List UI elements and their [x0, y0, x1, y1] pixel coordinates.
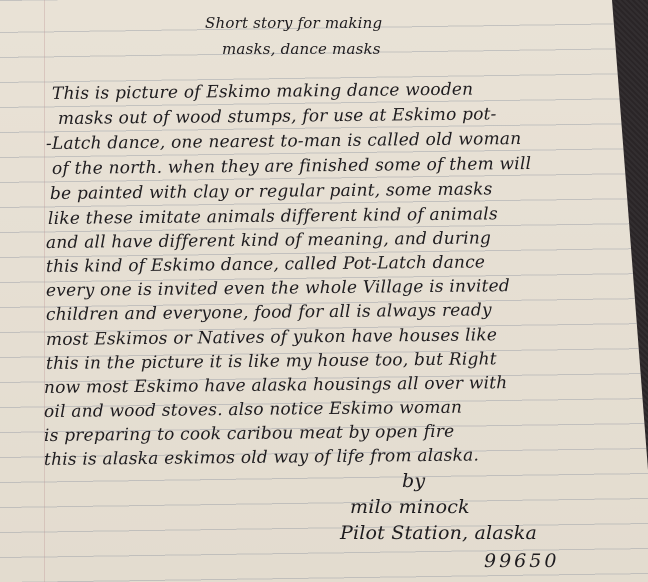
body-line: like these imitate animals different kin…: [48, 204, 498, 229]
body-line: now most Eskimo have alaska housings all…: [44, 373, 508, 398]
body-line: of the north. when they are finished som…: [52, 154, 531, 179]
body-line: children and everyone, food for all is a…: [46, 300, 492, 325]
body-line: this is alaska eskimos old way of life f…: [44, 445, 479, 470]
signature-by: by: [402, 470, 425, 492]
body-line: masks out of wood stumps, for use at Esk…: [58, 104, 497, 129]
signature-place: Pilot Station, alaska: [340, 522, 537, 544]
body-line: most Eskimos or Natives of yukon have ho…: [46, 325, 497, 350]
letter-title-line-2: masks, dance masks: [222, 40, 381, 58]
body-line: This is picture of Eskimo making dance w…: [52, 80, 473, 104]
body-line: is preparing to cook caribou meat by ope…: [44, 422, 455, 446]
body-line: and all have different kind of meaning, …: [46, 228, 491, 253]
body-line: this kind of Eskimo dance, called Pot-La…: [46, 252, 485, 277]
letter-title-line-1: Short story for making: [205, 14, 382, 32]
ruled-paper-sheet: Short story for making masks, dance mask…: [0, 0, 648, 582]
body-line: be painted with clay or regular paint, s…: [50, 179, 493, 204]
body-line: this in the picture it is like my house …: [46, 349, 497, 374]
body-line: -Latch dance, one nearest to-man is call…: [46, 129, 522, 154]
signature-name: milo minock: [350, 496, 470, 518]
margin-line: [44, 0, 45, 582]
body-line: oil and wood stoves. also notice Eskimo …: [44, 398, 462, 422]
body-line: every one is invited even the whole Vill…: [46, 276, 510, 301]
signature-zip: 99650: [484, 550, 559, 572]
